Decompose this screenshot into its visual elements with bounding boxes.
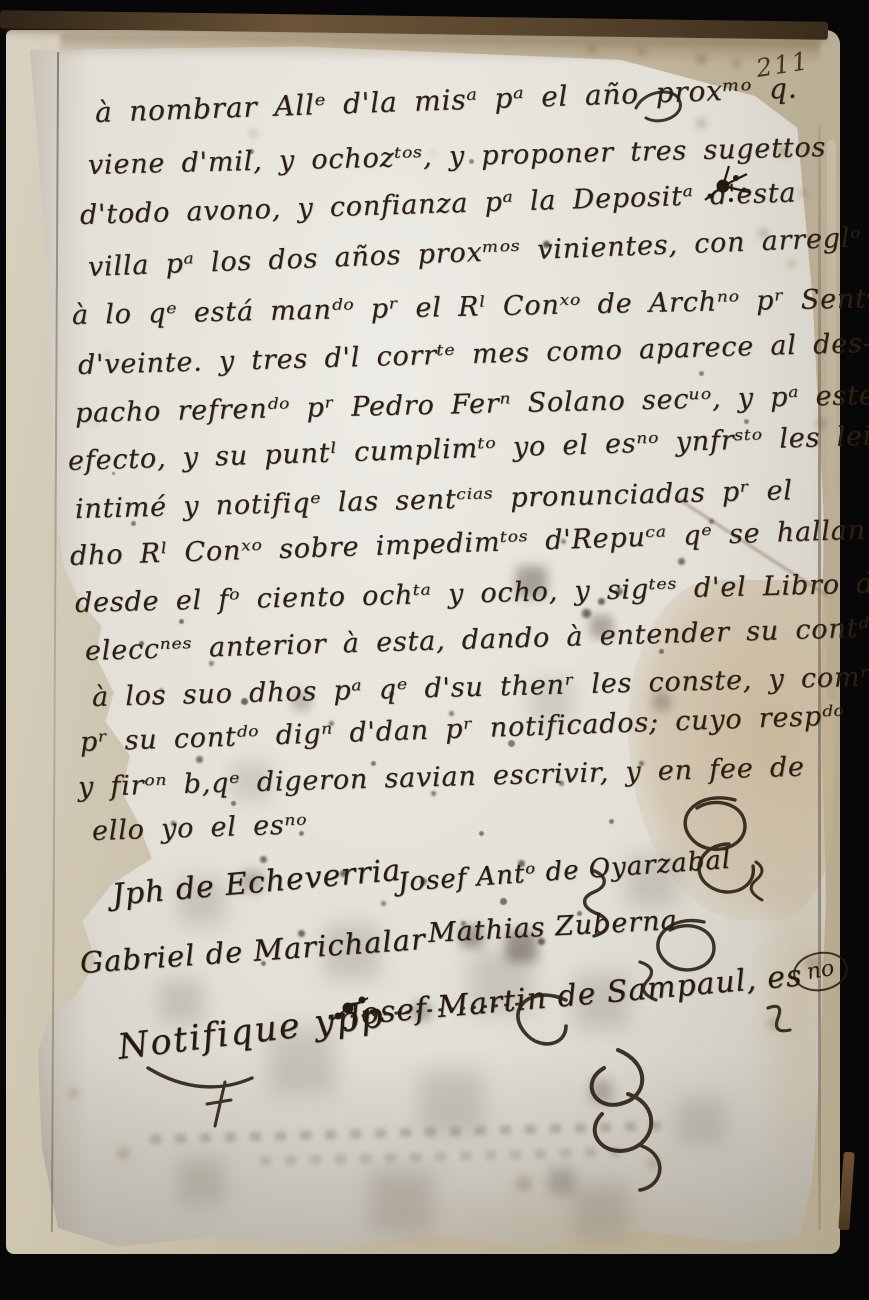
manuscript-photo: 211 à nombrar Allᵉ d'la misᵃ pᵃ el año p… [0,0,869,1300]
ink-splat [332,166,749,1020]
pen-flourishes [0,0,869,1300]
